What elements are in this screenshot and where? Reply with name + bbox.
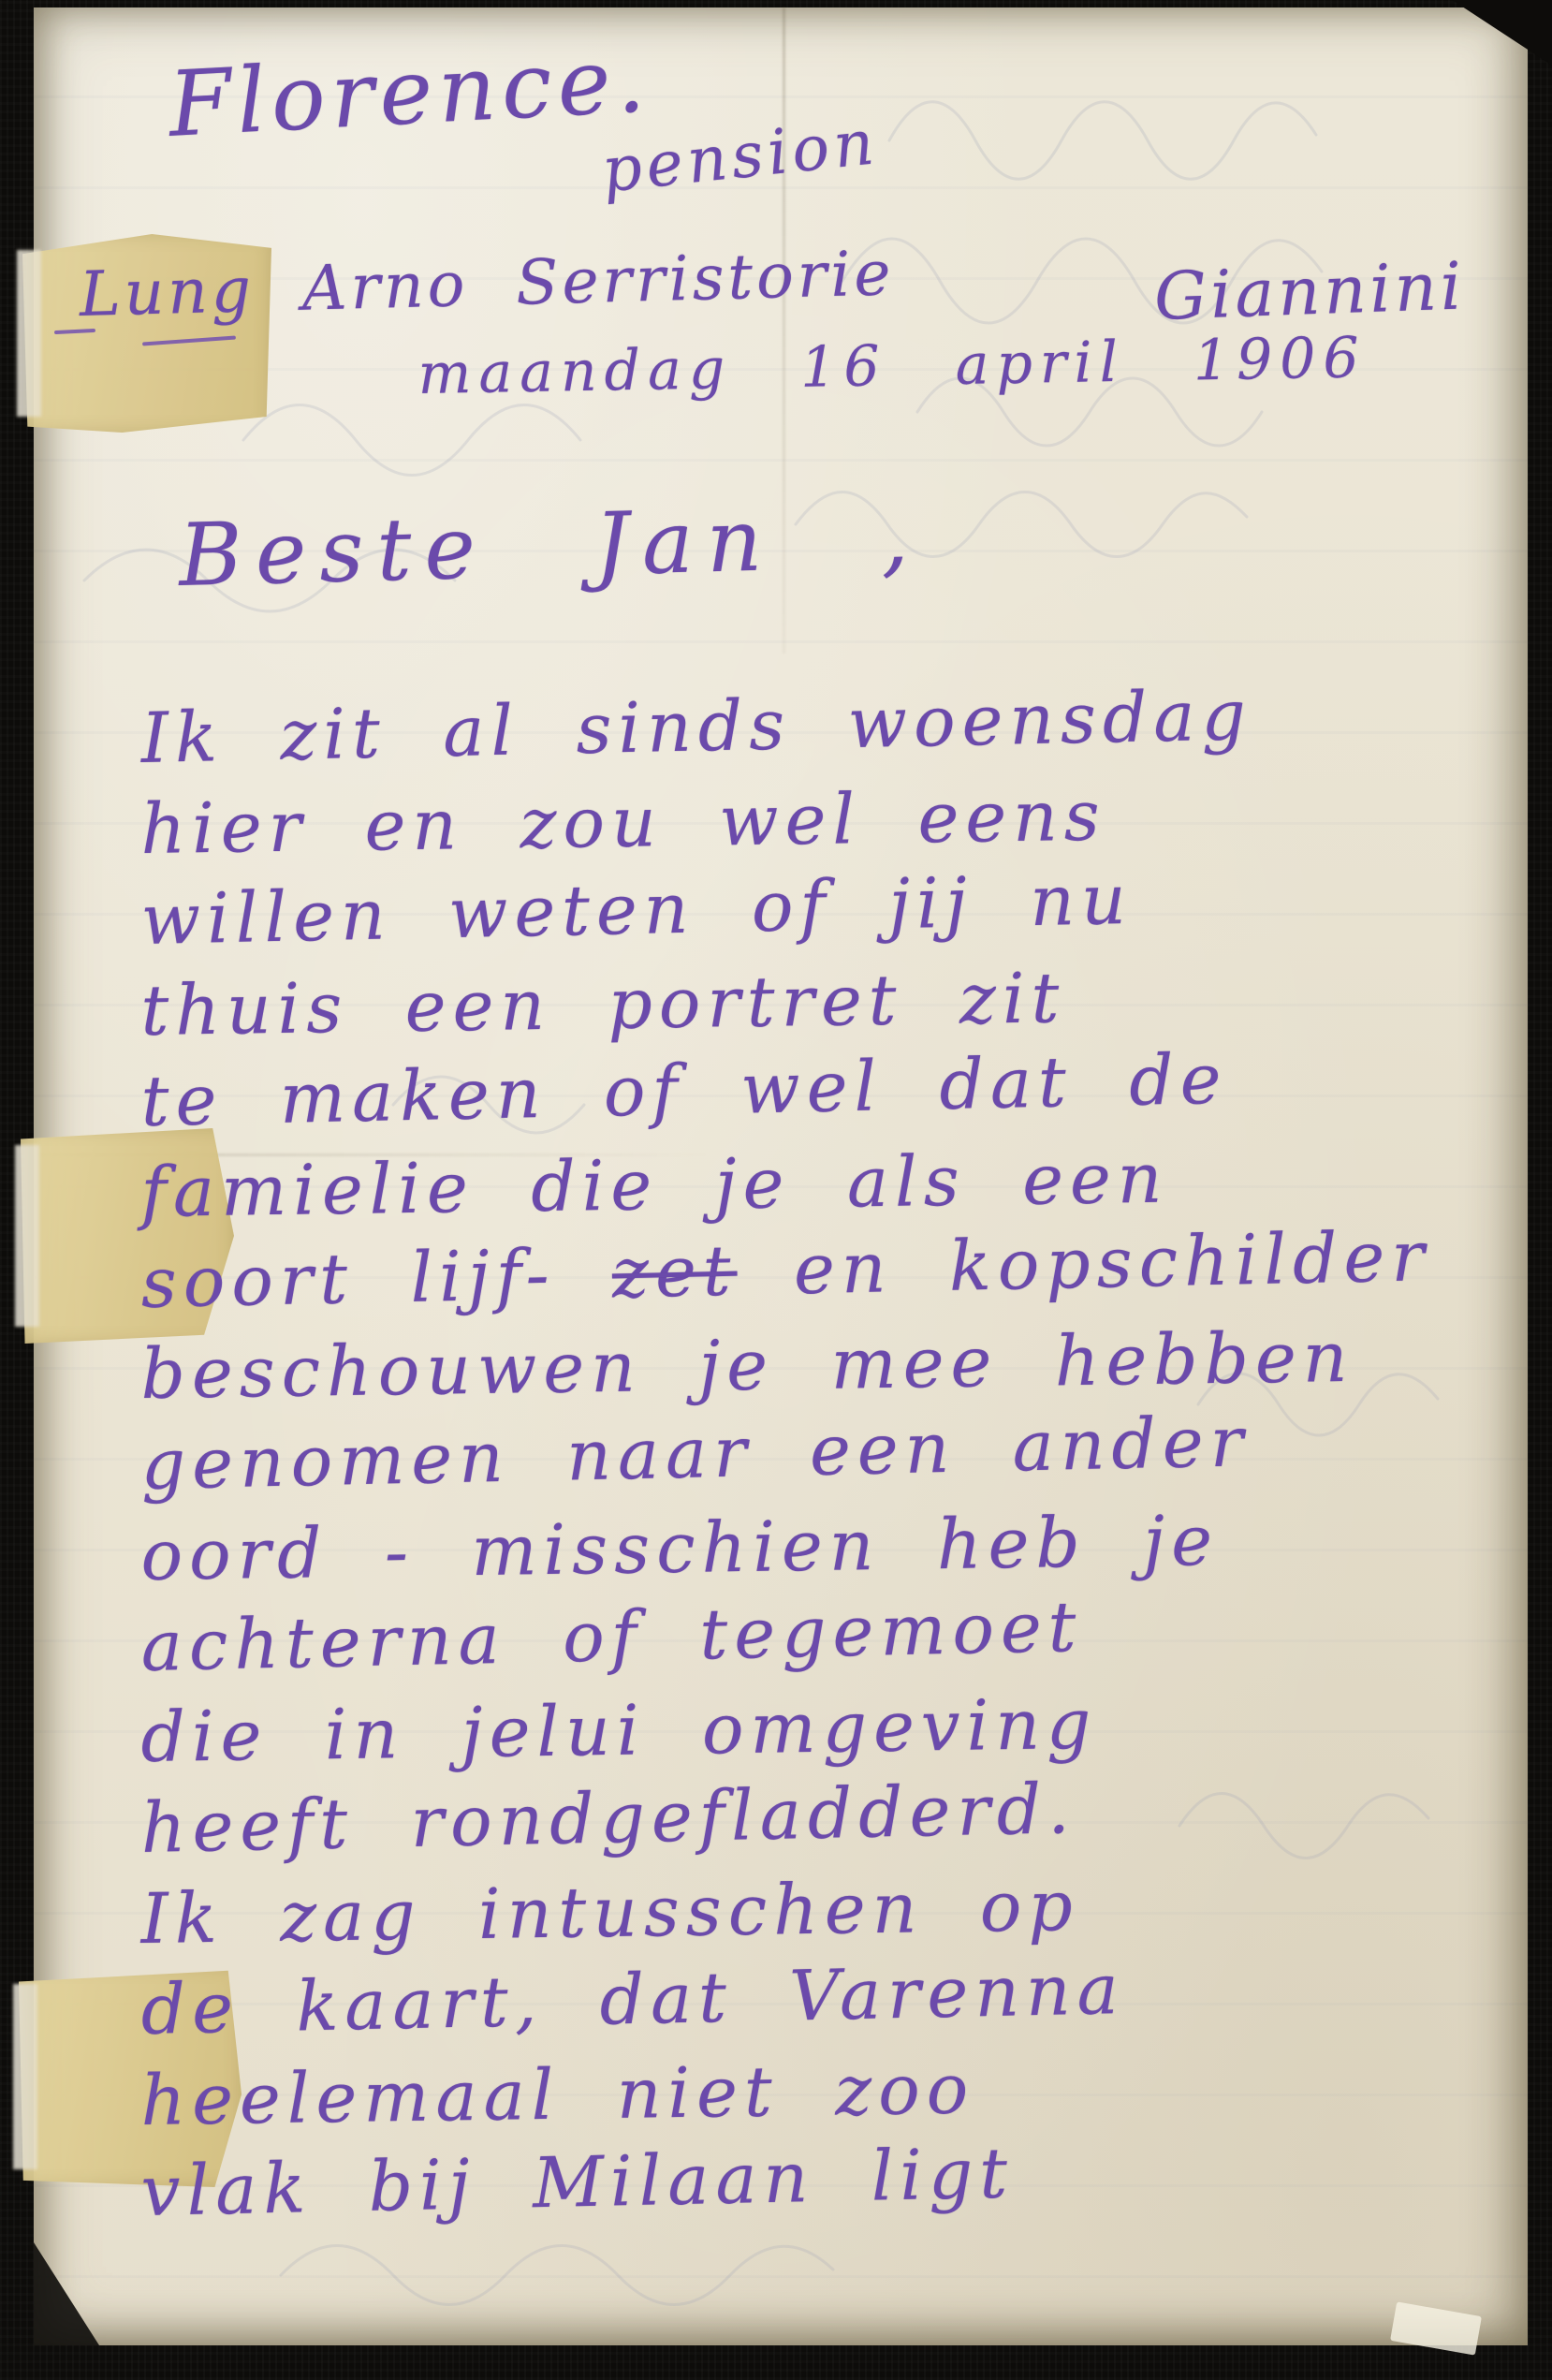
letter-date: maandag 16 april 1906 xyxy=(417,330,1367,403)
letter-line-13: heeft rondgefladderd. xyxy=(140,1774,1076,1863)
tape-frayed-end xyxy=(13,1984,37,2169)
letter-line-7-before: soort lijf- xyxy=(140,1233,613,1324)
tape-frayed-end xyxy=(15,1145,39,1326)
letter-salutation: Beste Jan , xyxy=(178,493,923,599)
letter-line-16: heelemaal niet zoo xyxy=(140,2055,975,2136)
letter-line-4: thuis een portret zit xyxy=(140,963,1066,1046)
letter-place: Florence. xyxy=(167,35,652,150)
letter-line-2: hier en zou wel eens xyxy=(140,782,1106,864)
letter-line-5: te maken of wel dat de xyxy=(140,1045,1228,1137)
letter-line-14: Ik zag intusschen op xyxy=(140,1872,1079,1954)
letter-line-10: oord - misschien heb je xyxy=(140,1506,1219,1591)
tape-frayed-end xyxy=(17,250,41,417)
letter-line-6: famielie die je als een xyxy=(140,1144,1169,1227)
letter-line-17: vlak bij Milaan ligt xyxy=(140,2138,1015,2226)
letter-line-7-struck-word: zet xyxy=(611,1231,738,1315)
letter-scan: Florence. pension Lung Arno Serristorie … xyxy=(0,0,1552,2380)
letter-line-8: beschouwen je mee hebben xyxy=(140,1323,1354,1409)
letter-line-3: willen weten of jij nu xyxy=(140,865,1133,955)
letter-line-12: die in jelui omgeving xyxy=(140,1690,1098,1772)
letter-pension-name: Giannini xyxy=(1153,253,1466,330)
letter-line-15: de kaart, dat Varenna xyxy=(140,1955,1125,2045)
letter-line-11: achterna of tegemoet xyxy=(140,1593,1083,1682)
letter-line-7-after: en kopschilder xyxy=(737,1216,1432,1312)
